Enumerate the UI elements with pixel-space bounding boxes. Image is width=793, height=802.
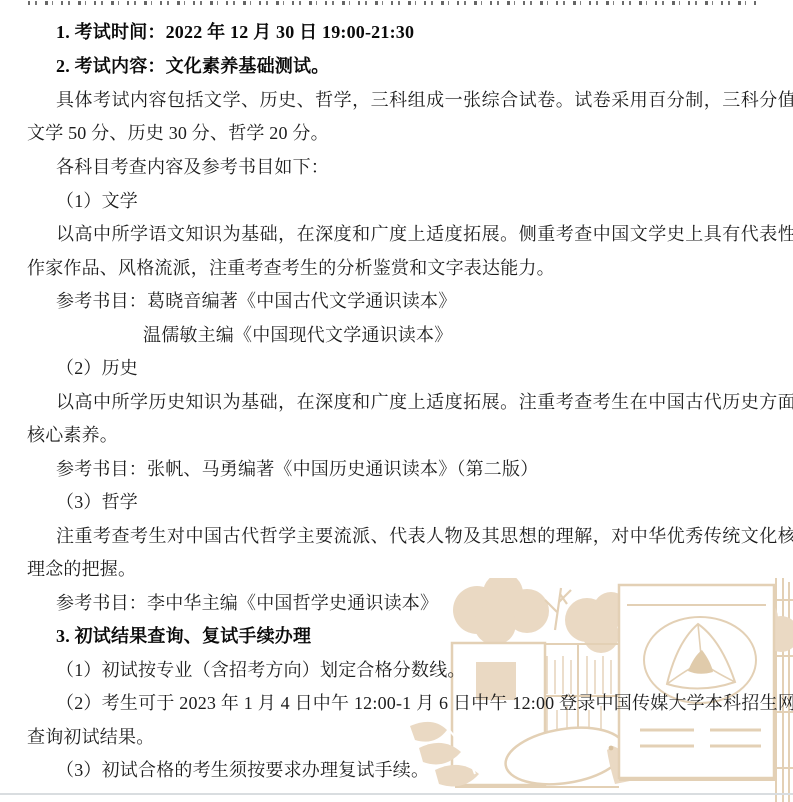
paragraph-line: 以高中所学历史知识为基础，在深度和广度上适度拓展。注重考查考生在中国古代历史方面… — [27, 390, 793, 416]
page-bottom-divider — [0, 793, 793, 795]
reference-books-line: 参考书目：葛晓音编著《中国古代文学通识读本》 — [27, 289, 793, 313]
heading-exam-content: 2. 考试内容：文化素养基础测试。 — [27, 54, 793, 78]
paragraph-line: （1）初试按专业（含招考方向）划定合格分数线。 — [27, 658, 793, 682]
heading-result-query: 3. 初试结果查询、复试手续办理 — [27, 624, 793, 648]
heading-exam-time: 1. 考试时间：2022 年 12 月 30 日 19:00-21:30 — [27, 20, 793, 44]
paragraph-line: （3）初试合格的考生须按要求办理复试手续。 — [27, 758, 793, 782]
reference-books-line: 参考书目：张帆、马勇编著《中国历史通识读本》（第二版） — [27, 457, 793, 481]
subsection-literature: （1）文学 — [27, 189, 793, 213]
clipped-text-line-top — [28, 0, 758, 7]
document-text: 1. 考试时间：2022 年 12 月 30 日 19:00-21:30 2. … — [0, 0, 793, 802]
paragraph-line: 具体考试内容包括文学、历史、哲学，三科组成一张综合试卷。试卷采用百分制，三科分值… — [27, 88, 793, 114]
paragraph-line: 作家作品、风格流派，注重考查考生的分析鉴赏和文字表达能力。 — [27, 256, 767, 280]
reference-books-line: 参考书目：李中华主编《中国哲学史通识读本》 — [27, 591, 793, 615]
paragraph-line: 各科目考查内容及参考书目如下： — [27, 155, 793, 179]
paragraph-line: 核心素养。 — [27, 423, 767, 447]
document-page: 1. 考试时间：2022 年 12 月 30 日 19:00-21:30 2. … — [0, 0, 793, 802]
paragraph-line: 理念的把握。 — [27, 557, 767, 581]
subsection-philosophy: （3）哲学 — [27, 490, 793, 514]
paragraph-line: （2）考生可于 2023 年 1 月 4 日中午 12:00-1 月 6 日中午… — [27, 691, 793, 717]
subsection-history: （2）历史 — [27, 356, 793, 380]
paragraph-line: 以高中所学语文知识为基础，在深度和广度上适度拓展。侧重考查中国文学史上具有代表性… — [27, 222, 793, 248]
paragraph-line: 文学 50 分、历史 30 分、哲学 20 分。 — [27, 121, 767, 145]
paragraph-line: 注重考查考生对中国古代哲学主要流派、代表人物及其思想的理解，对中华优秀传统文化核… — [27, 524, 793, 550]
paragraph-line: 查询初试结果。 — [27, 725, 767, 749]
reference-books-line: 温儒敏主编《中国现代文学通识读本》 — [27, 323, 793, 347]
